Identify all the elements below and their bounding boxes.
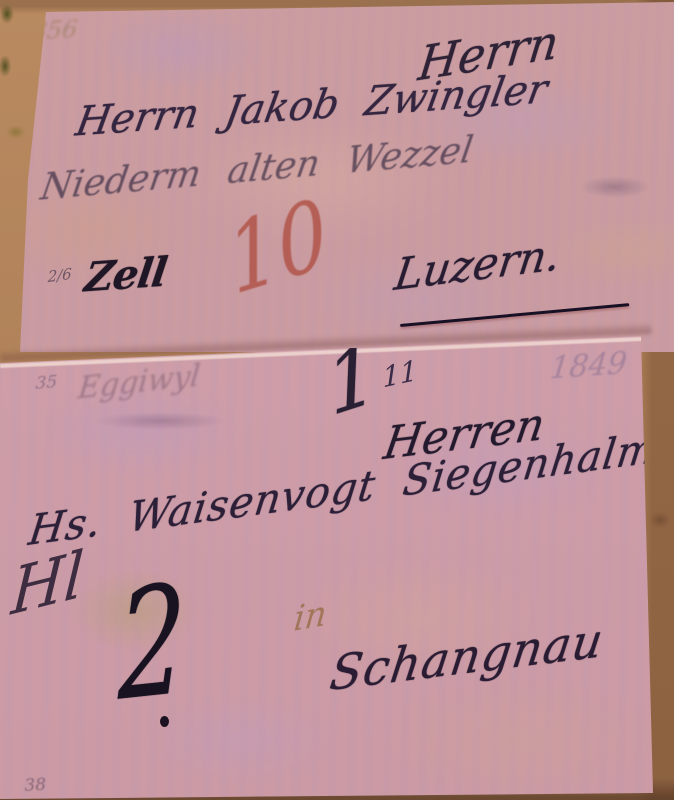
top-destination: Luzern. — [392, 234, 563, 298]
top-manuscript-notation: 2/6 — [47, 267, 71, 286]
bottom-origin-postmark: Eggiwyl — [77, 361, 202, 404]
photo-of-postal-covers: 1856 Herrn Herrn Jakob Zwingler Niederm … — [0, 0, 674, 800]
bottom-destination: Schangnau — [327, 617, 606, 699]
destination-underline — [400, 303, 629, 327]
addressee-line: Hs. Waisenvogt Siegenhalm — [26, 427, 659, 552]
preposition-in: in — [292, 596, 328, 637]
bottom-origin-notation: 35 — [35, 374, 57, 393]
top-rate-mark-red: 10 — [222, 186, 334, 309]
addressee-initials-flourish: Hl — [9, 542, 85, 625]
bottom-rate-mark: 2 — [118, 565, 186, 723]
top-address-line1: Herrn Jakob Zwingler — [73, 69, 551, 142]
postmark-smudge — [96, 412, 226, 430]
top-origin-postmark: Zell — [82, 252, 169, 298]
pencil-number: 38 — [24, 777, 47, 795]
year-faint: 1849 — [549, 349, 628, 385]
date-month: 11 — [382, 357, 418, 393]
top-archival-number: 1856 — [15, 17, 79, 44]
faded-writing-smudge — [580, 176, 650, 198]
ink-dot — [160, 716, 169, 727]
